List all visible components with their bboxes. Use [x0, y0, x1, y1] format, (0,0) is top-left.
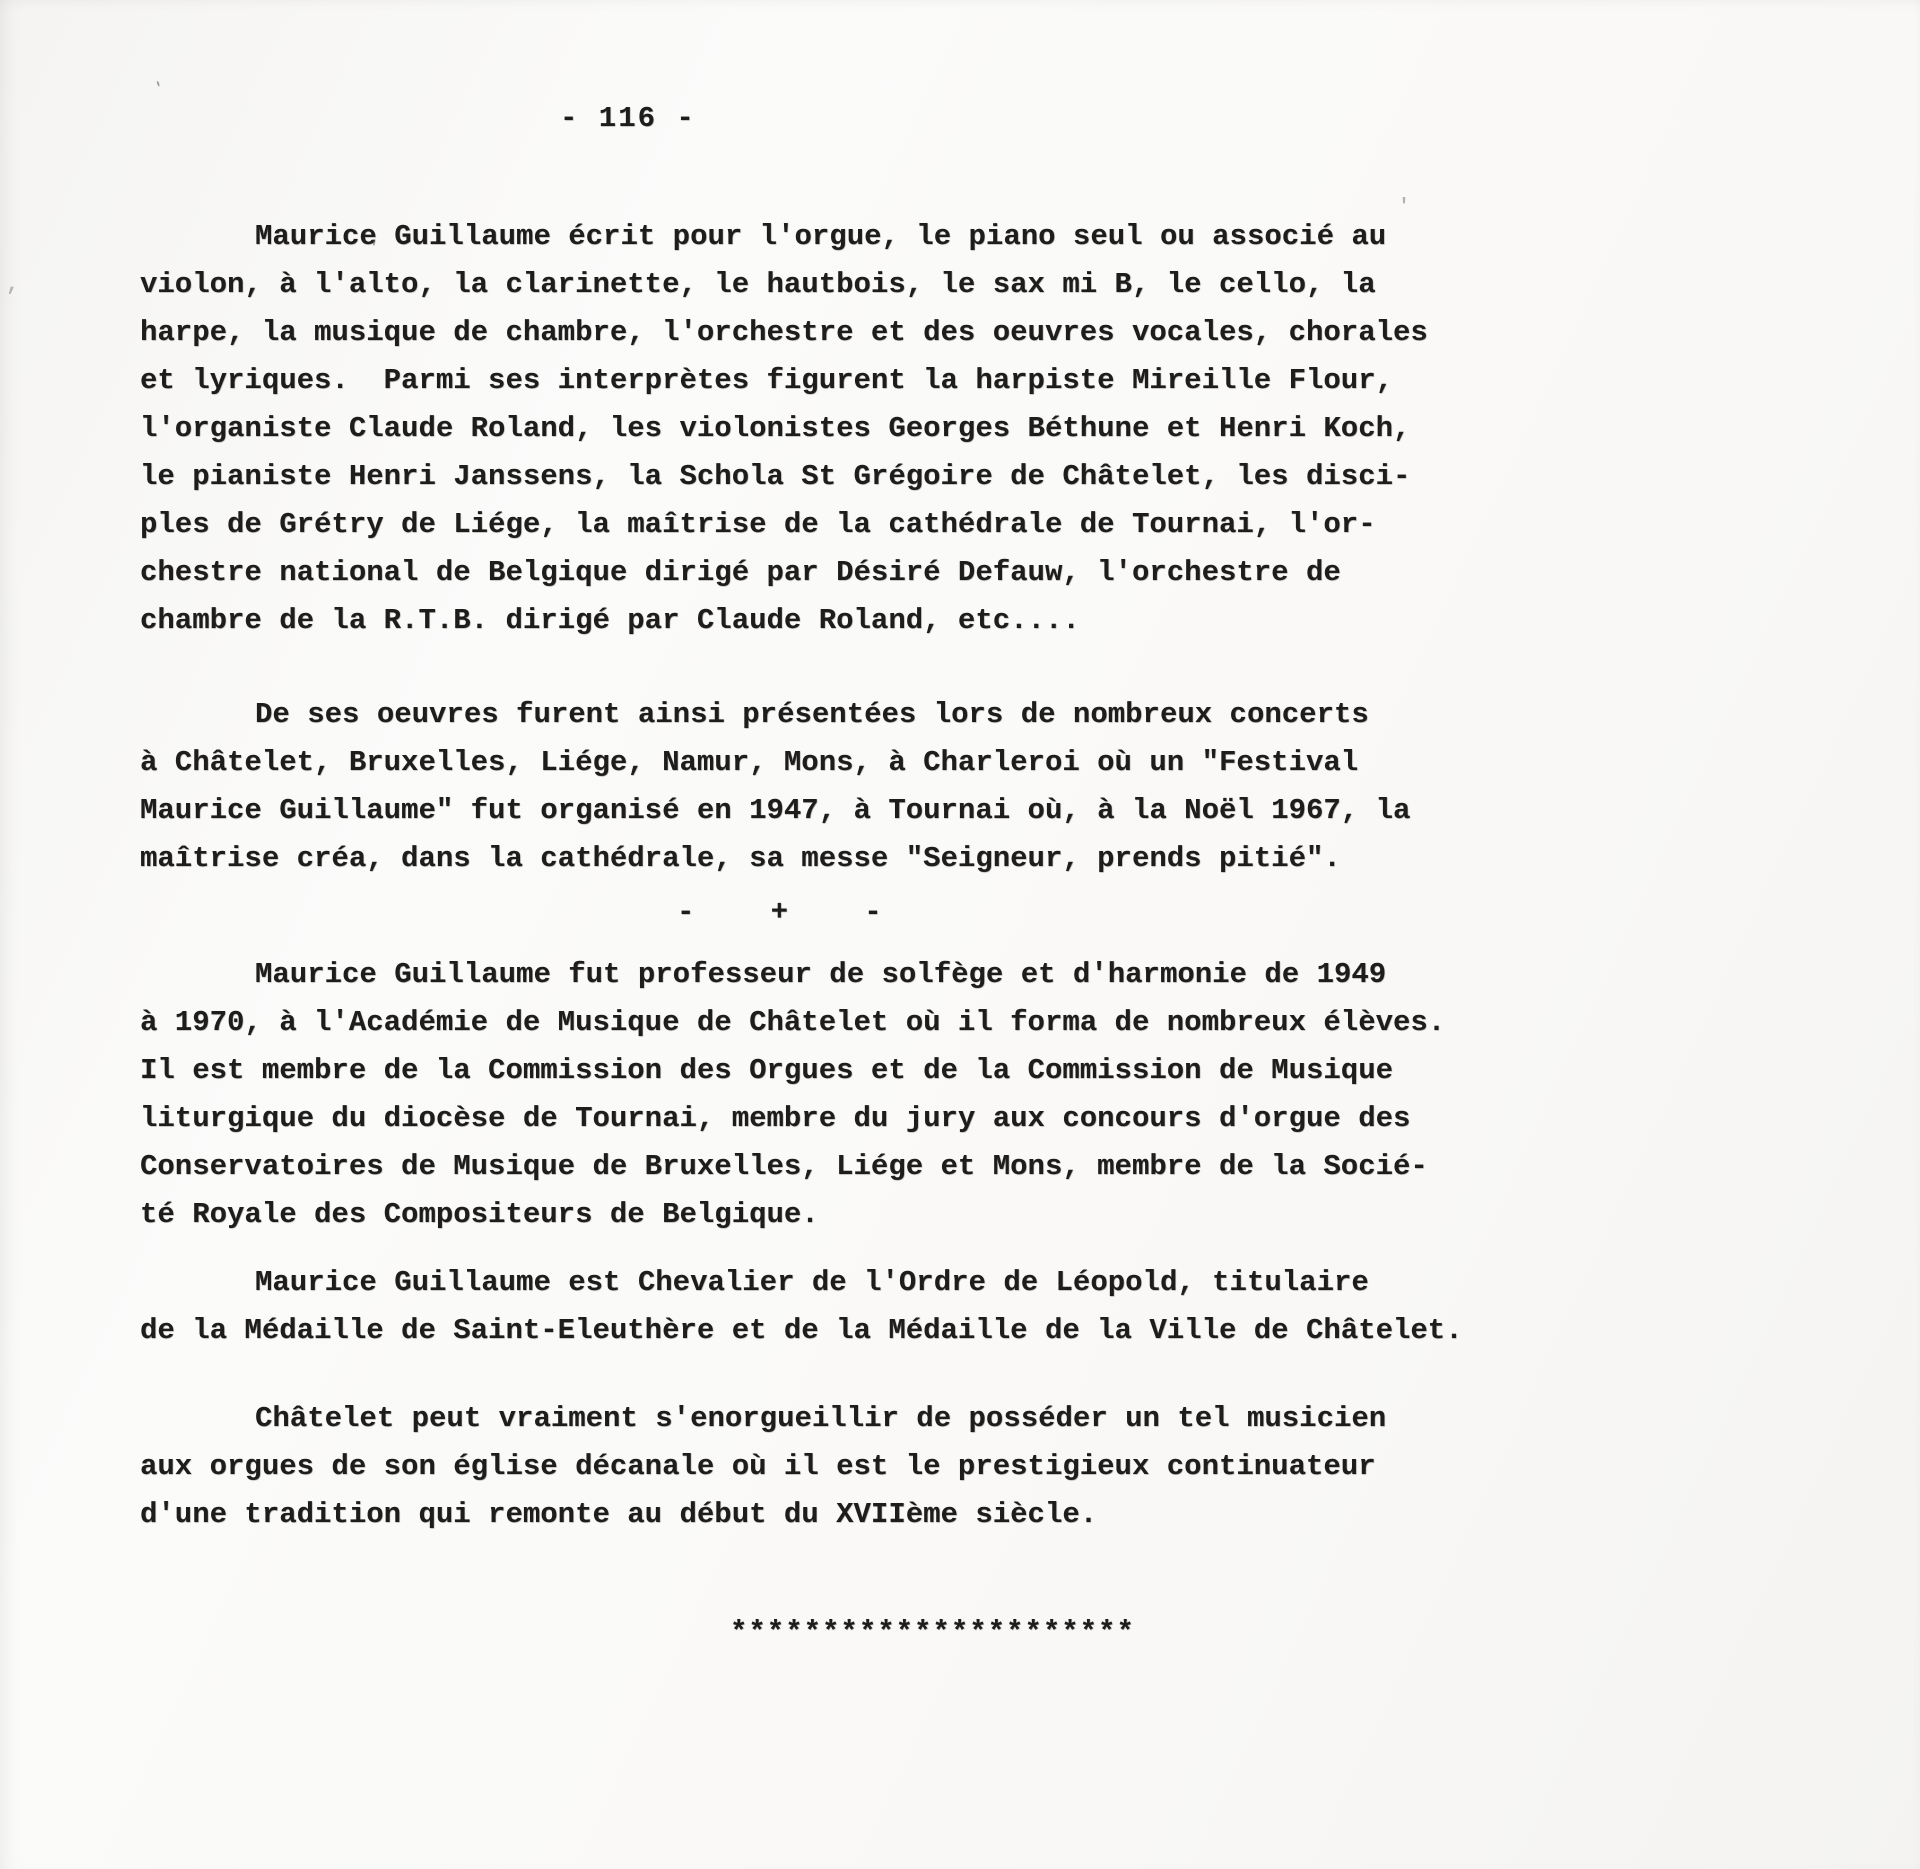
section-separator: - + - — [677, 889, 1830, 937]
text-line: Châtelet peut vraiment s'enorgueillir de… — [140, 1395, 1830, 1443]
paragraph-works: Maurice Guillaume écrit pour l'orgue, le… — [140, 213, 1830, 645]
text-line: Maurice Guillaume écrit pour l'orgue, le… — [140, 213, 1830, 261]
text-line: le pianiste Henri Janssens, la Schola St… — [140, 453, 1830, 501]
text-line: à 1970, à l'Académie de Musique de Châte… — [140, 999, 1830, 1047]
text-line: d'une tradition qui remonte au début du … — [140, 1491, 1830, 1539]
text-line: té Royale des Compositeurs de Belgique. — [140, 1191, 1830, 1239]
text-line: et lyriques. Parmi ses interprètes figur… — [140, 357, 1830, 405]
paragraph-honors: Maurice Guillaume est Chevalier de l'Ord… — [140, 1259, 1830, 1355]
text-line: De ses oeuvres furent ainsi présentées l… — [140, 691, 1830, 739]
paragraph-career: Maurice Guillaume fut professeur de solf… — [140, 951, 1830, 1239]
scanned-document-page: ` ' ' , - 116 - Maurice Guillaume écrit … — [0, 0, 1920, 1869]
text-line: ples de Grétry de Liége, la maîtrise de … — [140, 501, 1830, 549]
text-line: Maurice Guillaume" fut organisé en 1947,… — [140, 787, 1830, 835]
text-line: liturgique du diocèse de Tournai, membre… — [140, 1095, 1830, 1143]
text-line: l'organiste Claude Roland, les violonist… — [140, 405, 1830, 453]
text-line: chestre national de Belgique dirigé par … — [140, 549, 1830, 597]
page-number: - 116 - — [560, 95, 1830, 143]
text-line: à Châtelet, Bruxelles, Liége, Namur, Mon… — [140, 739, 1830, 787]
text-line: chambre de la R.T.B. dirigé par Claude R… — [140, 597, 1830, 645]
paragraph-conclusion: Châtelet peut vraiment s'enorgueillir de… — [140, 1395, 1830, 1539]
text-line: de la Médaille de Saint-Eleuthère et de … — [140, 1307, 1830, 1355]
text-line: Maurice Guillaume fut professeur de solf… — [140, 951, 1830, 999]
text-line: Maurice Guillaume est Chevalier de l'Ord… — [140, 1259, 1830, 1307]
text-line: maîtrise créa, dans la cathédrale, sa me… — [140, 835, 1830, 883]
footer-asterisks: ********************** — [730, 1609, 1830, 1657]
text-line: Conservatoires de Musique de Bruxelles, … — [140, 1143, 1830, 1191]
paragraph-concerts: De ses oeuvres furent ainsi présentées l… — [140, 691, 1830, 883]
text-line: harpe, la musique de chambre, l'orchestr… — [140, 309, 1830, 357]
page-content: - 116 - Maurice Guillaume écrit pour l'o… — [0, 0, 1920, 1657]
text-line: Il est membre de la Commission des Orgue… — [140, 1047, 1830, 1095]
text-line: violon, à l'alto, la clarinette, le haut… — [140, 261, 1830, 309]
text-line: aux orgues de son église décanale où il … — [140, 1443, 1830, 1491]
